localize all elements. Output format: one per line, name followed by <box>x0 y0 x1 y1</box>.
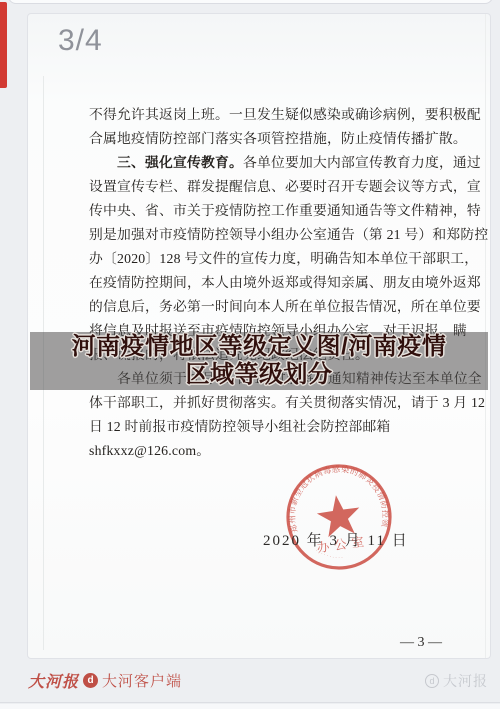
headline-overlay-band: 河南疫情地区等级定义图/河南疫情 区域等级划分 <box>30 332 488 390</box>
doc-line: shfkxxz@126.com。 <box>89 439 465 463</box>
image-page-indicator: 3/4 <box>58 24 103 58</box>
headline-line2: 区域等级划分 <box>186 361 333 389</box>
document-page-number: — 3 — <box>391 635 451 651</box>
doc-line: 别是加强对市疫情防控领导小组办公室通告（第 21 号）和郑防控 <box>89 223 465 247</box>
dahe-watermark-icon: d <box>425 674 439 688</box>
previous-image-red-sliver <box>0 2 7 88</box>
page-bottom-edge <box>0 704 500 709</box>
doc-line-bold-lead: 三、强化宣传教育。 <box>117 155 243 170</box>
official-red-seal: 郑州市新型冠状病毒感染的肺炎疫情防控领导小组 办公室 · · · · · · ·… <box>273 451 404 582</box>
dahe-client-label: 大河客户端 <box>102 670 182 691</box>
doc-line: 不得允许其返岗上班。一旦发生疑似感染或确诊病例，要积极配 <box>89 103 465 127</box>
doc-line: 传中央、省、市关于疫情防控工作重要通知通告等文件精神，特 <box>89 199 465 223</box>
dahe-app-icon: d <box>83 673 98 688</box>
doc-line: 三、强化宣传教育。各单位要加大内部宣传教育力度，通过 <box>89 151 465 175</box>
doc-line: 日 12 时前报市疫情防控领导小组社会防控部邮箱 <box>89 415 465 439</box>
doc-line: 的信息后，务必第一时间向本人所在单位报告情况，所在单位要 <box>89 295 465 319</box>
document-photo[interactable]: 3/4 不得允许其返岗上班。一旦发生疑似感染或确诊病例，要积极配 合属地疫情防控… <box>27 13 491 659</box>
dahe-watermark: d 大河报 <box>425 671 488 691</box>
doc-line: 合属地疫情防控部门落实各项管控措施，防止疫情传播扩散。 <box>89 127 465 151</box>
dahe-logo-text: 大河报 <box>28 669 79 692</box>
doc-line: 体干部职工，并抓好贯彻落实。有关贯彻落实情况，请于 3 月 12 <box>89 391 465 415</box>
document-date: 2020 年 3 月 11 日 <box>263 529 409 550</box>
headline-line1: 河南疫情地区等级定义图/河南疫情 <box>72 333 447 361</box>
dahe-watermark-text: 大河报 <box>443 671 488 691</box>
doc-line-rest: 各单位要加大内部宣传教育力度，通过 <box>243 155 481 170</box>
doc-line: 在疫情防控期间，本人由境外返郑或得知亲属、朋友由境外返郑 <box>89 271 465 295</box>
doc-line: 设置宣传专栏、群发提醒信息、必要时召开专题会议等方式，宣 <box>89 175 465 199</box>
watermark-strip: 大河报 d 大河客户端 d 大河报 <box>0 659 500 703</box>
doc-line: 办〔2020〕128 号文件的宣传力度，明确告知本单位干部职工， <box>89 247 465 271</box>
previous-article-card-edge <box>8 0 493 4</box>
dahe-brand: 大河报 d 大河客户端 <box>28 669 182 692</box>
